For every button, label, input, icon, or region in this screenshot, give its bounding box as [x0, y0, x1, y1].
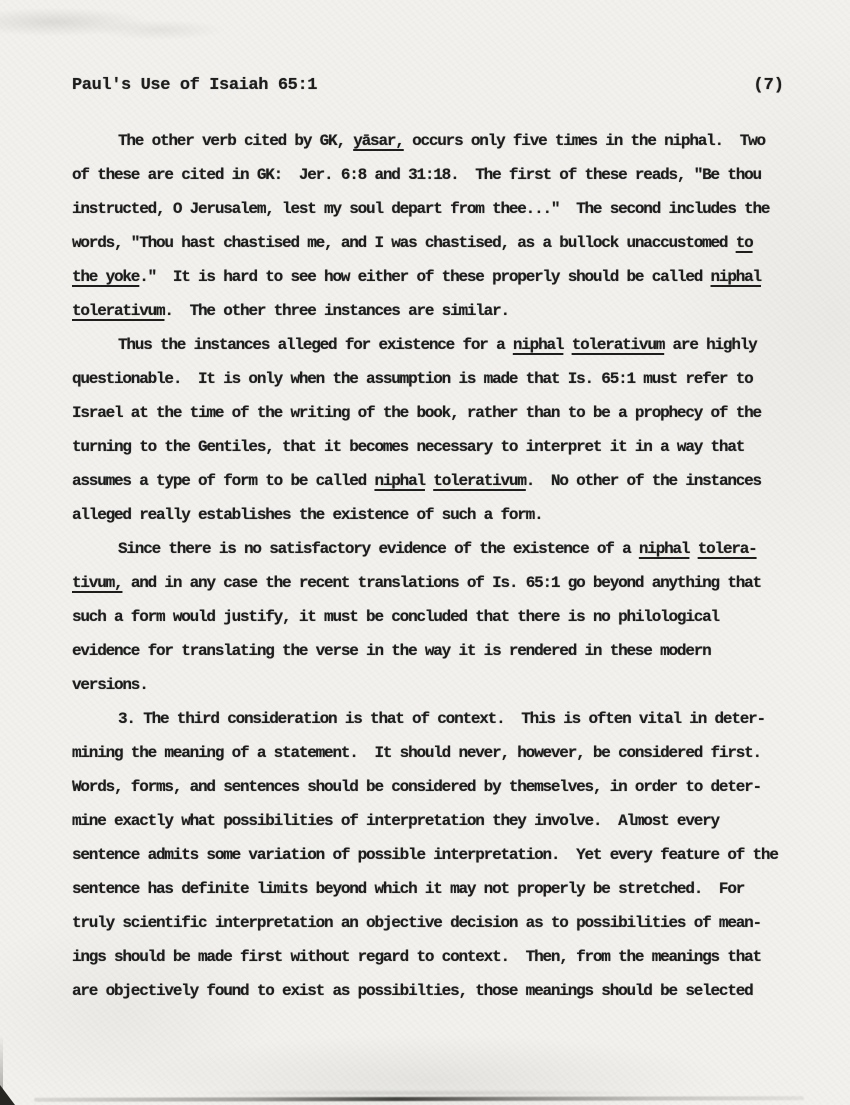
text-run: turning to the Gentiles, that it becomes…	[72, 438, 744, 456]
text-line: Thus the instances alleged for existence…	[72, 328, 794, 362]
text-run: versions.	[72, 676, 148, 694]
text-line: questionable. It is only when the assump…	[72, 362, 794, 396]
text-run: questionable. It is only when the assump…	[72, 370, 753, 388]
text-line: sentence admits some variation of possib…	[72, 838, 794, 872]
underlined-term: niphal	[513, 336, 563, 354]
underlined-term: niphal	[374, 472, 424, 490]
text-line: alleged really establishes the existence…	[72, 498, 794, 532]
text-run: of these are cited in GK: Jer. 6:8 and 3…	[72, 166, 761, 184]
scan-smudge-bottom	[120, 1090, 720, 1096]
text-run: occurs only five times in the niphal. Tw…	[404, 132, 765, 150]
text-run: assumes a type of form to be called	[72, 472, 374, 490]
text-run: sentence has definite limits beyond whic…	[72, 880, 744, 898]
text-run: mine exactly what possibilities of inter…	[72, 812, 719, 830]
text-run: . The other three instances are similar.	[164, 302, 508, 320]
underlined-term: tolerativum	[572, 336, 664, 354]
text-line: such a form would justify, it must be co…	[72, 600, 794, 634]
underlined-term: niphal	[639, 540, 689, 558]
text-line: Words, forms, and sentences should be co…	[72, 770, 794, 804]
text-run: ." It is hard to see how either of these…	[139, 268, 710, 286]
paragraph: Since there is no satisfactory evidence …	[72, 532, 794, 702]
page-number: (7)	[753, 76, 784, 95]
text-run	[689, 540, 697, 558]
underlined-term: to	[736, 234, 753, 252]
text-run: evidence for translating the verse in th…	[72, 642, 711, 660]
text-line: turning to the Gentiles, that it becomes…	[72, 430, 794, 464]
underlined-term: tolerativum	[72, 302, 164, 320]
text-run: such a form would justify, it must be co…	[72, 608, 719, 626]
text-run: words, "Thou hast chastised me, and I wa…	[72, 234, 736, 252]
text-run: . No other of the instances	[526, 472, 761, 490]
text-line: truly scientific interpretation an objec…	[72, 906, 794, 940]
text-run: truly scientific interpretation an objec…	[72, 914, 761, 932]
document-body: The other verb cited by GK, yāsar, occur…	[72, 124, 794, 1008]
text-run: and in any case the recent translations …	[122, 574, 761, 592]
underlined-term: tivum,	[72, 574, 122, 592]
paragraph: The other verb cited by GK, yāsar, occur…	[72, 124, 794, 328]
text-run: are objectively found to exist as possib…	[72, 982, 753, 1000]
text-line: tolerativum. The other three instances a…	[72, 294, 794, 328]
underlined-term: tolerativum	[433, 472, 525, 490]
paragraph: 3. The third consideration is that of co…	[72, 702, 794, 1008]
text-line: tivum, and in any case the recent transl…	[72, 566, 794, 600]
underlined-term: tolera-	[698, 540, 757, 558]
text-line: versions.	[72, 668, 794, 702]
text-run: are highly	[664, 336, 756, 354]
text-run: 3. The third consideration is that of co…	[118, 710, 765, 728]
text-line: mine exactly what possibilities of inter…	[72, 804, 794, 838]
text-line: assumes a type of form to be called niph…	[72, 464, 794, 498]
scan-edge-streak	[34, 1096, 804, 1102]
document-page: Paul's Use of Isaiah 65:1 (7) The other …	[0, 0, 850, 1105]
text-run: Thus the instances alleged for existence…	[118, 336, 513, 354]
text-line: of these are cited in GK: Jer. 6:8 and 3…	[72, 158, 794, 192]
paragraph: Thus the instances alleged for existence…	[72, 328, 794, 532]
text-line: mining the meaning of a statement. It sh…	[72, 736, 794, 770]
text-run: Words, forms, and sentences should be co…	[72, 778, 761, 796]
text-line: The other verb cited by GK, yāsar, occur…	[72, 124, 794, 158]
text-line: 3. The third consideration is that of co…	[72, 702, 794, 736]
underlined-term: the yoke	[72, 268, 139, 286]
text-line: are objectively found to exist as possib…	[72, 974, 794, 1008]
text-line: Israel at the time of the writing of the…	[72, 396, 794, 430]
underlined-term: yāsar,	[353, 132, 403, 150]
page-header: Paul's Use of Isaiah 65:1 (7)	[72, 76, 784, 95]
text-run: Since there is no satisfactory evidence …	[118, 540, 639, 558]
text-line: Since there is no satisfactory evidence …	[72, 532, 794, 566]
text-run: The other verb cited by GK,	[118, 132, 353, 150]
text-line: the yoke." It is hard to see how either …	[72, 260, 794, 294]
text-line: ings should be made first without regard…	[72, 940, 794, 974]
text-run: alleged really establishes the existence…	[72, 506, 543, 524]
text-run: instructed, O Jerusalem, lest my soul de…	[72, 200, 769, 218]
text-run: mining the meaning of a statement. It sh…	[72, 744, 761, 762]
text-run: Israel at the time of the writing of the…	[72, 404, 761, 422]
text-line: instructed, O Jerusalem, lest my soul de…	[72, 192, 794, 226]
text-run: ings should be made first without regard…	[72, 948, 761, 966]
running-header-title: Paul's Use of Isaiah 65:1	[72, 76, 317, 95]
scan-corner-mark	[0, 1085, 15, 1105]
text-line: words, "Thou hast chastised me, and I wa…	[72, 226, 794, 260]
text-run	[563, 336, 571, 354]
underlined-term: niphal	[711, 268, 761, 286]
text-run: sentence admits some variation of possib…	[72, 846, 778, 864]
text-line: sentence has definite limits beyond whic…	[72, 872, 794, 906]
text-line: evidence for translating the verse in th…	[72, 634, 794, 668]
